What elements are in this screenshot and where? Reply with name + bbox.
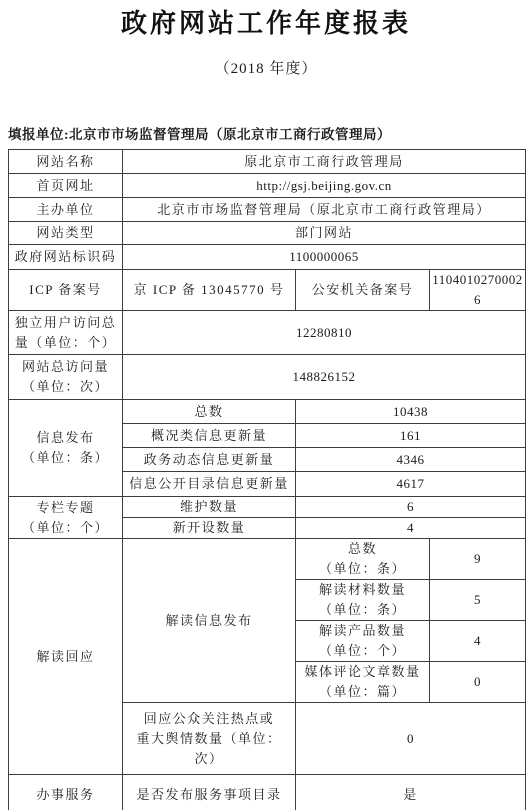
interpret-response-group-cell: 解读回应: [9, 539, 123, 775]
row-homepage-url: 首页网址 http://gsj.beijing.gov.cn: [9, 174, 526, 198]
row-label-cell: 回应公众关注热点或 重大舆情数量（单位： 次）: [123, 703, 296, 775]
row-site-code: 政府网站标识码 1100000065: [9, 245, 526, 270]
row-service-catalog: 办事服务 是否发布服务事项目录 是: [9, 775, 526, 810]
row-site-type: 网站类型 部门网站: [9, 222, 526, 245]
row-sponsor-unit: 主办单位 北京市市场监督管理局（原北京市工商行政管理局）: [9, 198, 526, 222]
row-value-cell: 0: [296, 703, 526, 775]
row-label-cell: 信息公开目录信息更新量: [123, 472, 296, 497]
row-interpret-total: 解读回应 解读信息发布 总数 （单位：条） 9: [9, 539, 526, 580]
row-value-cell: 4346: [296, 448, 526, 472]
report-page: 政府网站工作年度报表 （2018 年度） 填报单位:北京市市场监督管理局（原北京…: [0, 7, 532, 810]
row-label-cell: 网站总访问量 （单位：次）: [9, 355, 123, 400]
info-publish-group-cell: 信息发布 （单位：条）: [9, 400, 123, 497]
row-value-cell: 148826152: [123, 355, 526, 400]
interpret-publish-subgroup-cell: 解读信息发布: [123, 539, 296, 703]
row-label-cell: 概况类信息更新量: [123, 424, 296, 448]
homepage-url-value: http://gsj.beijing.gov.cn: [123, 174, 526, 198]
row-info-total: 信息发布 （单位：条） 总数 10438: [9, 400, 526, 424]
row-column-maintained: 专栏专题 （单位：个） 维护数量 6: [9, 497, 526, 518]
row-label-cell: 总数: [123, 400, 296, 424]
row-value-cell: 1100000065: [123, 245, 526, 270]
annual-report-table: 网站名称 原北京市工商行政管理局 首页网址 http://gsj.beijing…: [8, 149, 526, 810]
police-filing-label-cell: 公安机关备案号: [296, 270, 430, 311]
icp-label-cell: ICP 备案号: [9, 270, 123, 311]
row-value-cell: 0: [430, 662, 526, 703]
service-group-cell: 办事服务: [9, 775, 123, 810]
special-columns-group-cell: 专栏专题 （单位：个）: [9, 497, 123, 539]
row-unique-visitors: 独立用户访问总 量（单位：个） 12280810: [9, 311, 526, 355]
row-label-cell: 主办单位: [9, 198, 123, 222]
row-value-cell: 是: [296, 775, 526, 810]
row-value-cell: 5: [430, 580, 526, 621]
row-label-cell: 解读产品数量 （单位：个）: [296, 621, 430, 662]
row-label-cell: 政府网站标识码: [9, 245, 123, 270]
row-value-cell: 6: [296, 497, 526, 518]
row-label-cell: 政务动态信息更新量: [123, 448, 296, 472]
row-total-visits: 网站总访问量 （单位：次） 148826152: [9, 355, 526, 400]
row-value-cell: 部门网站: [123, 222, 526, 245]
row-label-cell: 总数 （单位：条）: [296, 539, 430, 580]
row-label-cell: 新开设数量: [123, 518, 296, 539]
row-label-cell: 首页网址: [9, 174, 123, 198]
row-label-cell: 维护数量: [123, 497, 296, 518]
row-value-cell: 4: [430, 621, 526, 662]
row-label-cell: 是否发布服务事项目录: [123, 775, 296, 810]
row-value-cell: 北京市市场监督管理局（原北京市工商行政管理局）: [123, 198, 526, 222]
row-value-cell: 10438: [296, 400, 526, 424]
police-filing-value-cell: 11040102700026: [430, 270, 526, 311]
reporting-unit-line: 填报单位:北京市市场监督管理局（原北京市工商行政管理局）: [0, 126, 532, 143]
row-value-cell: 4617: [296, 472, 526, 497]
page-title: 政府网站工作年度报表: [0, 7, 532, 39]
row-label-cell: 网站类型: [9, 222, 123, 245]
row-icp-filing: ICP 备案号 京 ICP 备 13045770 号 公安机关备案号 11040…: [9, 270, 526, 311]
row-label-cell: 网站名称: [9, 150, 123, 174]
icp-value-cell: 京 ICP 备 13045770 号: [123, 270, 296, 311]
row-value-cell: 4: [296, 518, 526, 539]
row-value-cell: 9: [430, 539, 526, 580]
row-site-name: 网站名称 原北京市工商行政管理局: [9, 150, 526, 174]
row-label-cell: 解读材料数量 （单位：条）: [296, 580, 430, 621]
row-label-cell: 独立用户访问总 量（单位：个）: [9, 311, 123, 355]
row-label-cell: 媒体评论文章数量 （单位：篇）: [296, 662, 430, 703]
page-subtitle: （2018 年度）: [0, 60, 532, 79]
row-value-cell: 原北京市工商行政管理局: [123, 150, 526, 174]
row-value-cell: 12280810: [123, 311, 526, 355]
row-value-cell: 161: [296, 424, 526, 448]
